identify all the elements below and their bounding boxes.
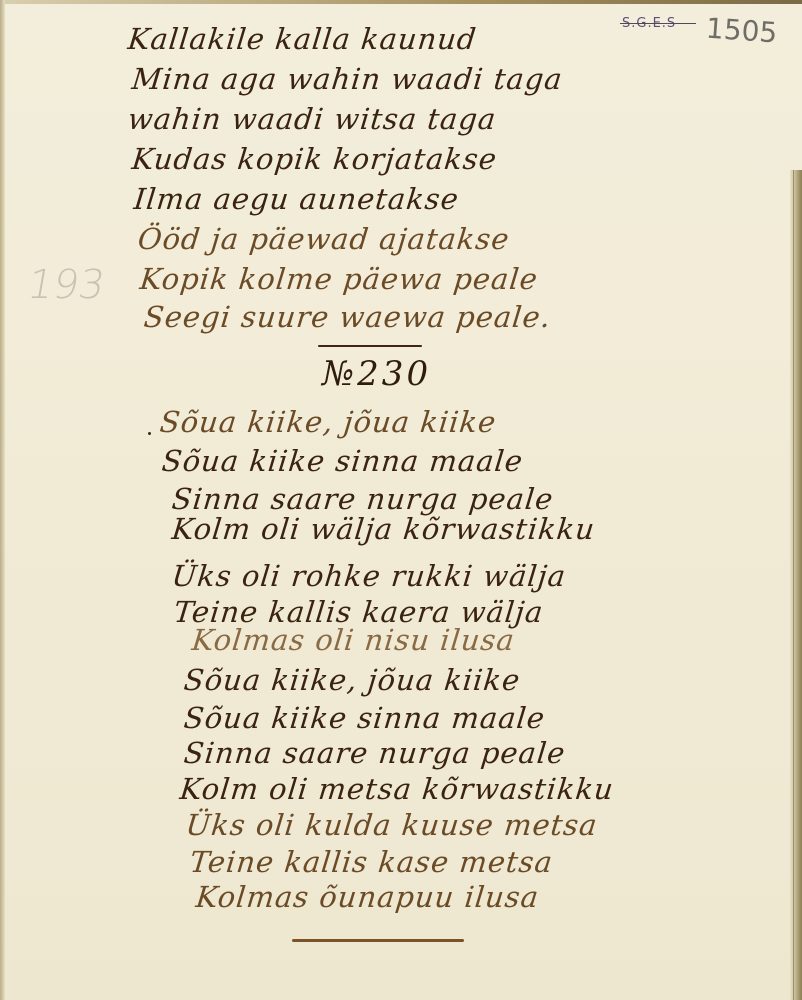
verse-line: Ööd ja päewad ajatakse	[136, 222, 511, 256]
verse-line: Kallakile kalla kaunud	[126, 22, 478, 56]
verse-line: Sinna saare nurga peale	[170, 482, 555, 516]
verse-line: Sõua kiike, jõua kiike	[158, 405, 498, 439]
verse-line: Seegi suure waewa peale.	[142, 300, 553, 334]
page-number-pencil: 1505	[705, 12, 778, 50]
ink-dot	[148, 432, 151, 435]
verse-line: Üks oli rohke rukki wälja	[170, 559, 568, 593]
margin-number-pencil: 193	[24, 262, 108, 308]
page-fold-line	[793, 170, 794, 1000]
verse-line: Teine kallis kase metsa	[188, 845, 555, 879]
manuscript-page: S.G.E.S 1505 193 Kallakile kalla kaunud …	[0, 0, 802, 1000]
verse-line: Ilma aegu aunetakse	[132, 182, 461, 216]
verse-line: Sõua kiike, jõua kiike	[182, 663, 522, 697]
verse-line: Kopik kolme päewa peale	[138, 262, 540, 296]
verse-line: Sõua kiike sinna maale	[182, 701, 547, 735]
page-top-edge	[0, 0, 802, 4]
verse-line: Sinna saare nurga peale	[182, 736, 567, 770]
page-left-edge	[0, 0, 5, 1000]
strikethrough-line	[620, 23, 696, 24]
song-number-heading: №230	[322, 354, 431, 394]
verse-line: Kudas kopik korjatakse	[130, 142, 499, 176]
verse-line: Sõua kiike sinna maale	[160, 444, 525, 478]
page-right-edge-shadow	[790, 170, 802, 1000]
verse-line: wahin waadi witsa taga	[126, 102, 498, 136]
verse-line: Kolm oli metsa kõrwastikku	[178, 772, 615, 806]
verse-line: Kolm oli wälja kõrwastikku	[170, 512, 597, 546]
verse-line: Kolmas oli nisu ilusa	[190, 623, 516, 657]
end-rule	[292, 939, 464, 942]
verse-line: Mina aga wahin waadi taga	[130, 62, 564, 96]
verse-line: Üks oli kulda kuuse metsa	[184, 808, 599, 842]
verse-line: Kolmas õunapuu ilusa	[194, 880, 541, 914]
separator-rule	[318, 345, 422, 347]
